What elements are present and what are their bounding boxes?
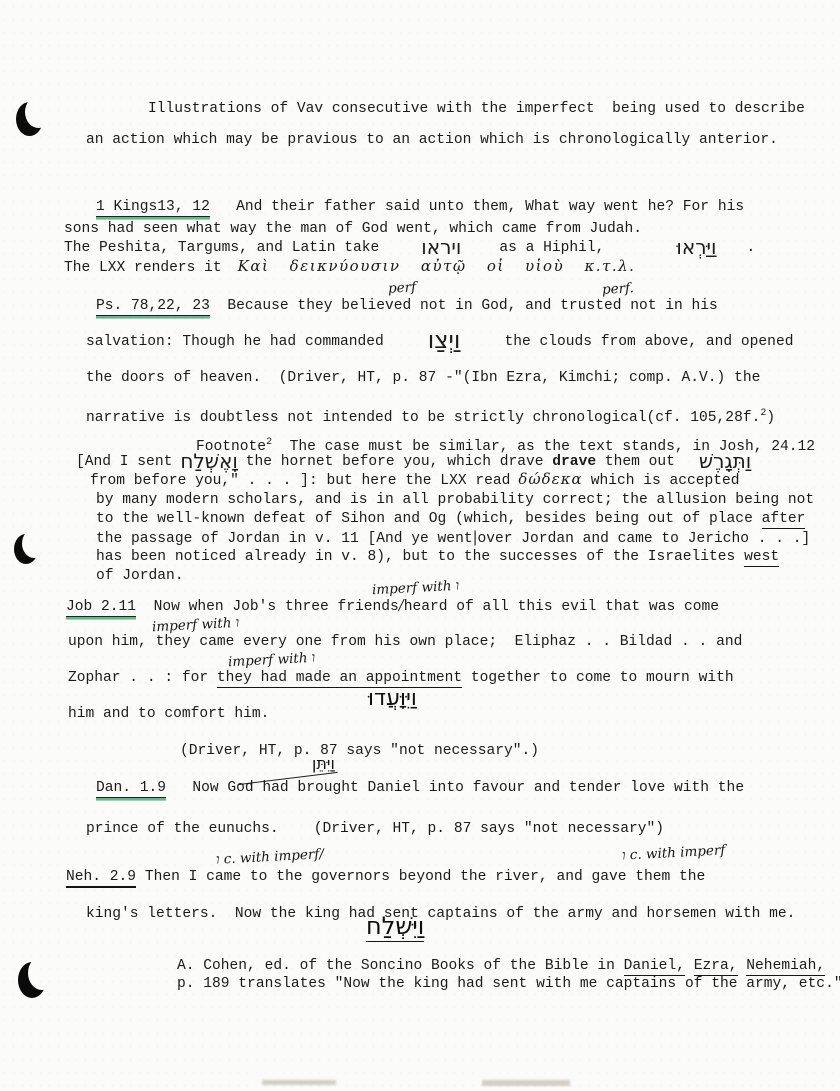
hebrew-word: וַיִּוָּעֲדוּ [368,686,417,711]
hebrew-word: ויראו [421,235,461,259]
text-run: to the well-known defeat of Sihon and Og… [96,511,762,527]
underlined-book-title: Daniel, [624,958,685,976]
gap [738,958,747,974]
text-run: sons had seen what way the man of God we… [64,221,642,237]
underlined-word: after [762,511,806,529]
handwritten-annotation: imperf with ו [372,578,460,599]
verse-reference: Neh. 2.9 [66,869,136,888]
handwritten-annotation: perf. [602,280,635,298]
psalms-line-3: the doors of heaven. (Driver, HT, p. 87 … [86,369,760,387]
text-run: not in his [621,298,717,314]
text-run: drave [552,454,596,470]
job-line-1: Job 2.11 Now when Job's three friends/he… [66,597,719,616]
scan-smudge [482,1080,570,1086]
verse-reference: Dan. 1.9 [96,780,166,798]
psalms-line-1: Ps. 78,22, 23 Because they believed not … [96,297,718,315]
gap [166,780,192,796]
text-run: Illustrations of Vav consecutive with th… [148,101,805,117]
footnote-line-5: to the well-known defeat of Sihon and Og… [96,510,805,528]
gap [685,958,694,974]
hebrew-word: וַיִּתֵּן [312,754,335,773]
kings-line-2: sons had seen what way the man of God we… [64,220,642,238]
hole-punch-mark [14,528,44,570]
kings-line-1: 1 Kings13, 12 And their father said unto… [96,198,744,216]
handwritten-annotation: perf [388,279,417,296]
handwritten-annotation: ו c. with imperf [622,842,726,863]
text-run: of Jordan. [96,568,184,584]
gap [210,298,228,314]
text-run: from before you," . . . ]: but here the … [90,473,510,489]
text-run: heard of all this evil that was come [404,599,719,615]
text-run: the doors of heaven. (Driver, HT, p. 87 … [86,370,760,386]
verse-reference: Job 2.11 [66,599,136,617]
text-run: them out [596,454,675,470]
hole-punch-mark [16,94,50,142]
text-run: king's letters. Now the king had sent ca… [86,906,795,922]
hebrew-word: וָאֶשְׁלַח [180,449,237,473]
text-run: The Peshita, Targums, and Latin take [64,240,379,256]
job-line-4: him and to comfort him. [68,705,269,723]
cohen-line-1: A. Cohen, ed. of the Soncino Books of th… [177,957,825,975]
text-run: Then I came to the governors beyond the … [145,869,706,885]
text-run: narrative is doubtless not intended to b… [86,410,760,426]
footnote-line-8: of Jordan. [96,567,184,585]
handwritten-greek: Καὶ δεικνύουσιν αὐτῷ οἱ υἱοὺ κ.τ.λ. [238,257,636,275]
cohen-line-2: p. 189 translates "Now the king had sent… [177,975,840,993]
underlined-book-title: Ezra, [694,958,738,976]
psalms-line-2: salvation: Though he had commandedוַיְצַ… [86,333,793,351]
intro-line-2: an action which may be pravious to an ac… [86,131,778,149]
hole-punch-mark [18,954,52,1004]
text-run: an action which may be pravious to an ac… [86,132,778,148]
handwritten-annotation: ו c. with imperf/ [216,846,325,868]
hebrew-word: וַיִּשְׁלַח [366,912,424,942]
text-run: the passage of Jordan in v. 11 [And ye w… [96,531,473,547]
text-run: salvation: Though he had commanded [86,334,384,350]
handwritten-annotation: imperf with ו [228,650,316,671]
footnote-line-4: by many modern scholars, and is in all p… [96,491,814,509]
handwritten-greek: δώδεκα [518,470,582,488]
kings-line-4: The LXX renders itΚαὶ δεικνύουσιν αὐτῷ ο… [64,259,635,277]
daniel-line-2: prince of the eunuchs. (Driver, HT, p. 8… [86,820,664,838]
text-run: And their father said unto them, What wa… [236,199,744,215]
text-run: p. 189 translates "Now the king had sent… [177,976,840,992]
text-run: . [746,240,755,256]
underlined-book-title: Nehemiah, [746,958,825,976]
job-line-2: upon him, they came every one from his o… [68,633,742,651]
text-run: prince of the eunuchs. (Driver, HT, p. 8… [86,821,664,837]
footnote-line-7: has been noticed already in v. 8), but t… [96,548,779,566]
text-run: Now God had brought Daniel into favour a… [192,780,744,796]
text-run: him and to comfort him. [68,706,269,722]
gap [136,599,154,615]
hebrew-word: וַיְצַו [428,326,461,354]
text-run: the clouds from above, and opened [504,334,793,350]
scanned-typewritten-page: Illustrations of Vav consecutive with th… [0,0,840,1091]
scan-smudge [262,1080,336,1085]
text-run: A. Cohen, ed. of the Soncino Books of th… [177,958,624,974]
nehemiah-line-2: king's letters. Now the king had sent ca… [86,905,795,923]
text-run: (Driver, HT, p. 87 says "not necessary".… [180,743,539,759]
text-run: upon him, they came every one from his o… [68,634,742,650]
footnote-line-6: the passage of Jordan in v. 11 [And ye w… [96,529,810,548]
text-run: The LXX renders it [64,260,222,276]
text-run: over Jordan and came to Jericho . . .] [478,531,811,547]
job-line-3: Zophar . . : for they had made an appoin… [68,669,734,687]
text-run: not in God, and trusted [411,298,621,314]
text-run: [And I sent [76,454,172,470]
verse-reference: 1 Kings13, 12 [96,199,210,217]
job-driver-note: (Driver, HT, p. 87 says "not necessary".… [180,742,539,760]
verse-reference: Ps. 78,22, 23 [96,298,210,316]
text-run: together to come to mourn with [462,670,734,686]
text-run: as a Hiphil, [499,240,604,256]
hebrew-word: וַיַּרְאוּ [676,235,716,259]
text-run: which is accepted [591,473,740,489]
daniel-line-1: Dan. 1.9 Now God had brought Daniel into… [96,779,744,797]
underlined-word: west [744,549,779,567]
gap [210,199,236,215]
underlined-phrase: they had made an appointment [217,670,462,688]
text-run: Zophar . . : for [68,670,217,686]
hebrew-word: וַתְּגָרֶשׁ [699,449,751,473]
kings-line-3: The Peshita, Targums, and Latin takeוירא… [64,239,755,257]
gap [136,869,145,885]
text-run: the hornet before you, which drave [246,454,553,470]
intro-line-1: Illustrations of Vav consecutive with th… [148,100,805,118]
text-run: by many modern scholars, and is in all p… [96,492,814,508]
nehemiah-line-1: Neh. 2.9 Then I came to the governors be… [66,868,705,886]
psalms-line-4: narrative is doubtless not intended to b… [86,405,775,427]
text-run: has been noticed already in v. 8), but t… [96,549,744,565]
text-run: ) [766,410,775,426]
text-run: Because they believed [227,298,411,314]
footnote-line-3: from before you," . . . ]: but here the … [90,472,740,490]
footnote-line-2: [And I sentוָאֶשְׁלַחthe hornet before y… [76,453,751,471]
text-run: Now when Job's three friends [154,599,399,615]
